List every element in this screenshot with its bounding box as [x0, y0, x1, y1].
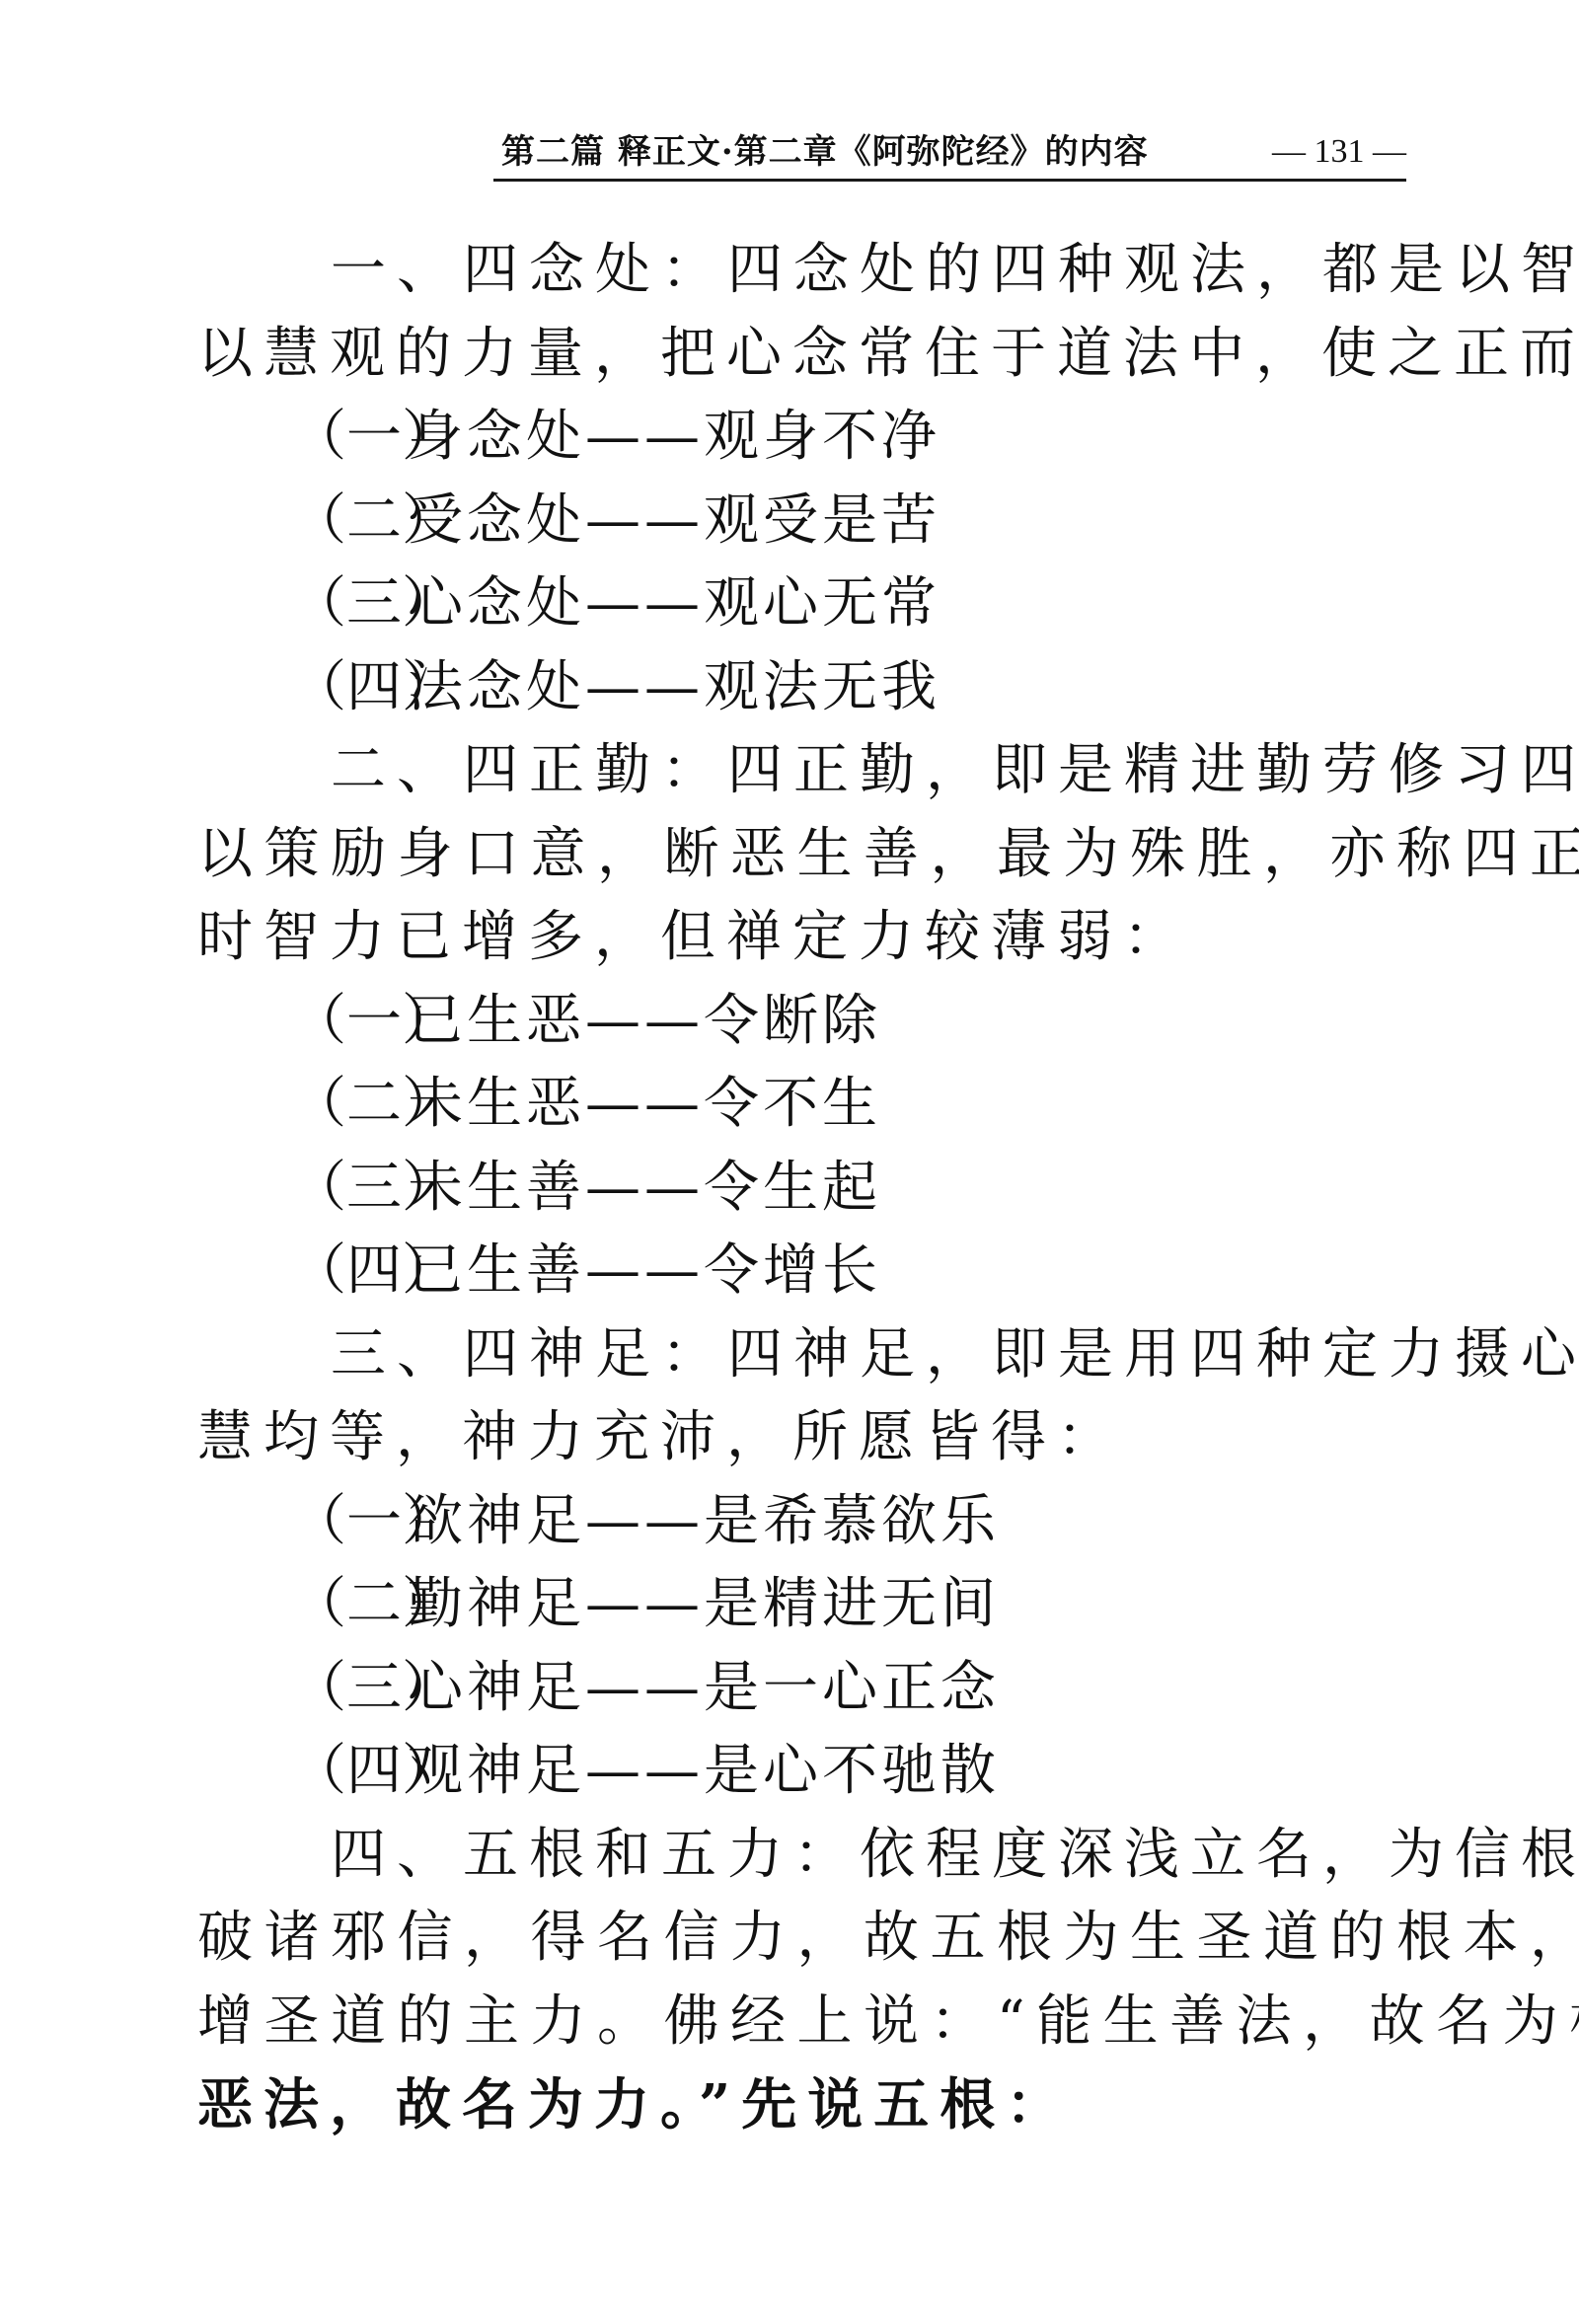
- paragraph-line: 增圣道的主力。佛经上说：“能生善法，故名为根；能破: [197, 1981, 1406, 2064]
- list-item-number: （二）: [291, 1563, 408, 1647]
- list-item-text: 受念处——观受是苦: [408, 488, 940, 553]
- section-heading-line: 三、四神足：四神足，即是用四种定力摄心，使定: [197, 1313, 1406, 1397]
- list-item: （二）受念处——观受是苦: [197, 480, 1406, 563]
- list-item-text: 欲神足——是希慕欲乐: [408, 1489, 1000, 1553]
- list-item-number: （四）: [291, 1730, 408, 1814]
- list-item-number: （一）: [291, 980, 408, 1064]
- page-header: 第二篇 释正文·第二章《阿弥陀经》的内容 — 131 —: [493, 126, 1406, 182]
- paragraph-line: 时智力已增多，但禅定力较薄弱：: [197, 896, 1406, 980]
- list-item-text: 心神足——是一心正念: [408, 1656, 1000, 1720]
- list-item-number: （四）: [291, 1230, 408, 1313]
- list-item-text: 心念处——观心无常: [408, 571, 940, 636]
- section-heading-line: 四、五根和五力：依程度深浅立名，为信根增长，: [197, 1814, 1406, 1898]
- list-item-number: （二）: [291, 480, 408, 563]
- list-item: （四）法念处——观法无我: [197, 646, 1406, 730]
- paragraph-line: 恶法，故名为力。”先说五根：: [197, 2063, 1406, 2147]
- list-item: （一）已生恶——令断除: [197, 980, 1406, 1064]
- list-item-text: 已生恶——令断除: [408, 989, 881, 1053]
- list-item: （三）心神足——是一心正念: [197, 1647, 1406, 1731]
- list-item-number: （四）: [291, 646, 408, 730]
- paragraph-line: 慧均等，神力充沛，所愿皆得：: [197, 1396, 1406, 1480]
- list-item: （三）心念处——观心无常: [197, 562, 1406, 646]
- body-text: 一、四念处：四念处的四种观法，都是以智慧为体， 以慧观的力量，把心念常住于道法中…: [197, 229, 1406, 2147]
- list-item-number: （一）: [291, 1480, 408, 1564]
- list-item-number: （三）: [291, 1147, 408, 1231]
- list-item-text: 勤神足——是精进无间: [408, 1572, 1000, 1636]
- list-item: （一）欲神足——是希慕欲乐: [197, 1480, 1406, 1564]
- page-number: — 131 —: [1272, 132, 1406, 172]
- running-title: 第二篇 释正文·第二章《阿弥陀经》的内容: [501, 132, 1149, 172]
- list-item: （四）观神足——是心不驰散: [197, 1730, 1406, 1814]
- list-item-text: 已生善——令增长: [408, 1238, 881, 1303]
- list-item-number: （一）: [291, 396, 408, 480]
- list-item-number: （二）: [291, 1063, 408, 1147]
- section-heading-line: 一、四念处：四念处的四种观法，都是以智慧为体，: [197, 229, 1406, 313]
- paragraph-line: 破诸邪信，得名信力，故五根为生圣道的根本，五力为: [197, 1897, 1406, 1981]
- list-item-text: 身念处——观身不净: [408, 405, 940, 469]
- list-item: （二）勤神足——是精进无间: [197, 1563, 1406, 1647]
- list-item: （四）已生善——令增长: [197, 1230, 1406, 1313]
- list-item: （三）未生善——令生起: [197, 1147, 1406, 1231]
- paragraph-line: 以策励身口意，断恶生善，最为殊胜，亦称四正胜。此: [197, 813, 1406, 897]
- list-item: （二）未生恶——令不生: [197, 1063, 1406, 1147]
- list-item-text: 未生恶——令不生: [408, 1072, 881, 1136]
- paragraph-line: 以慧观的力量，把心念常住于道法中，使之正而不邪：: [197, 313, 1406, 397]
- list-item-number: （三）: [291, 1647, 408, 1731]
- list-item-number: （三）: [291, 562, 408, 646]
- list-item-text: 观神足——是心不驰散: [408, 1739, 1000, 1803]
- section-heading-line: 二、四正勤：四正勤，即是精进勤劳修习四种道法，: [197, 729, 1406, 813]
- list-item-text: 未生善——令生起: [408, 1156, 881, 1220]
- list-item: （一）身念处——观身不净: [197, 396, 1406, 480]
- list-item-text: 法念处——观法无我: [408, 655, 940, 719]
